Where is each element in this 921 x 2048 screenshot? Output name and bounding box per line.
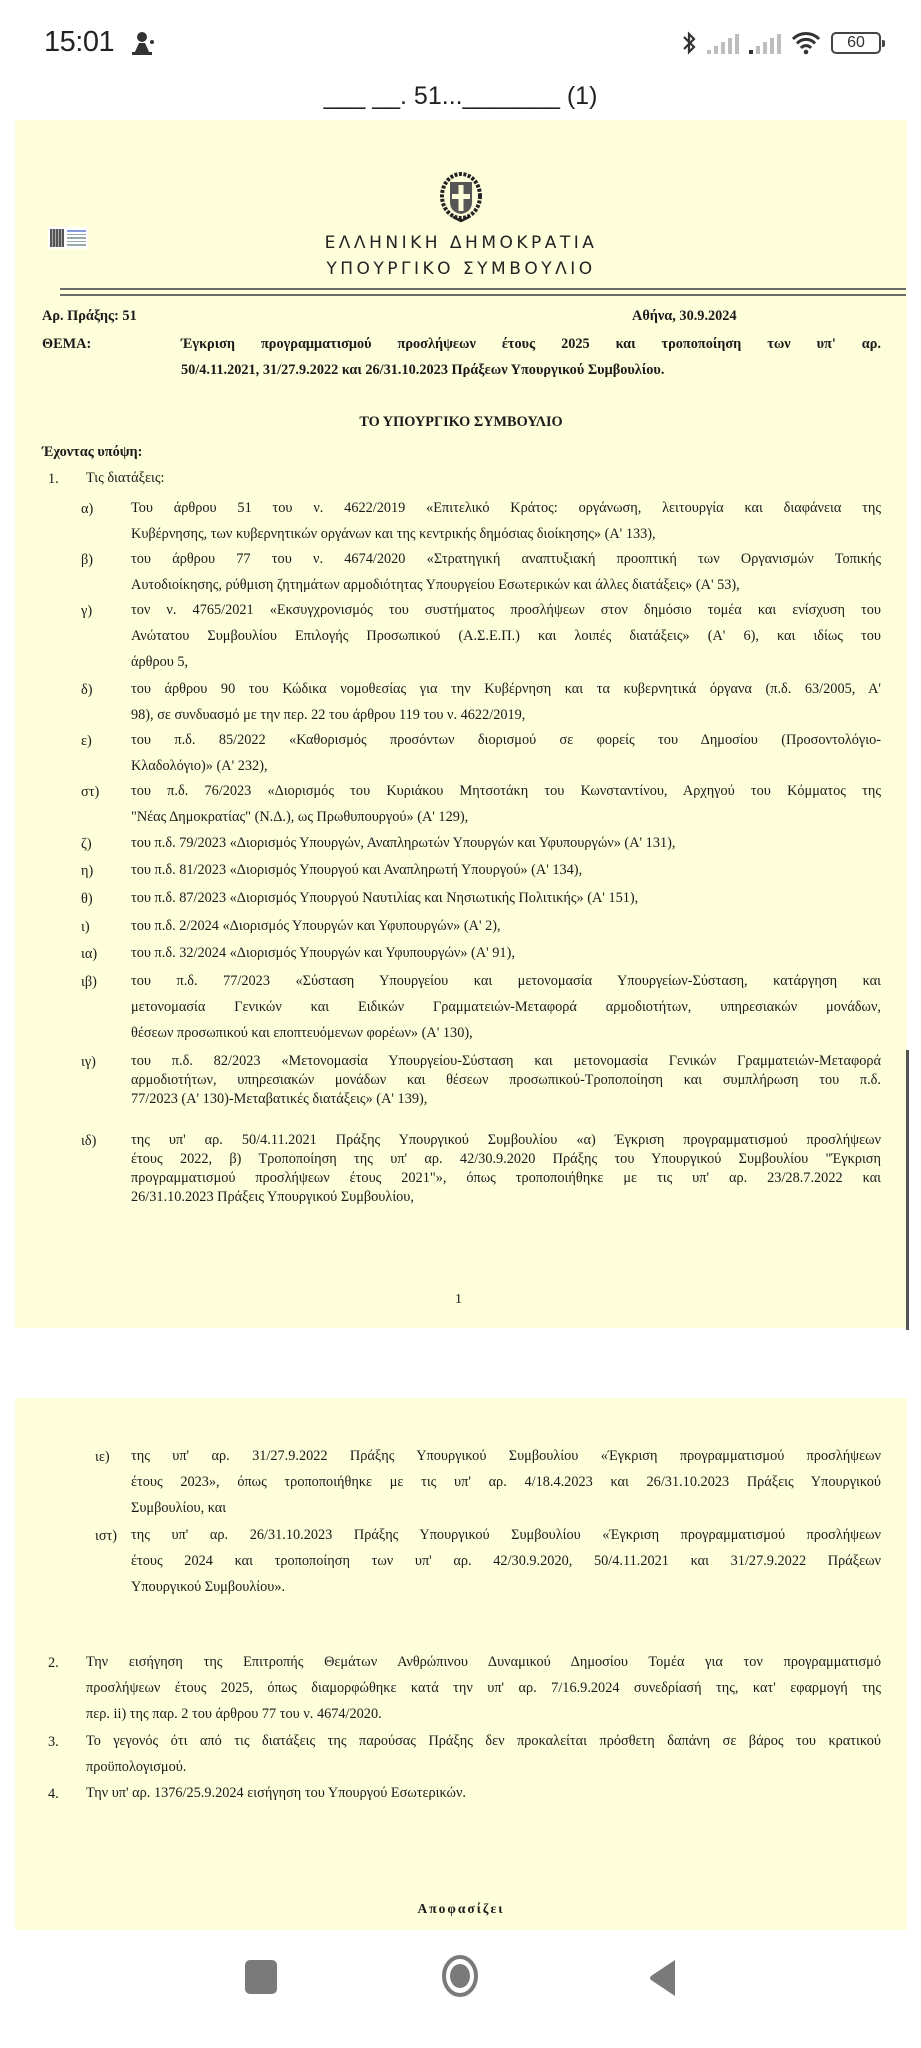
item-number: 1. (48, 471, 59, 488)
list-item-text: της υπ' αρ. 50/4.11.2021 Πράξης Υπουργικ… (131, 1131, 881, 1149)
list-item-label: ζ) (81, 836, 92, 853)
act-number: Αρ. Πράξης: 51 (42, 307, 137, 325)
battery-icon: 60 (831, 32, 881, 54)
list-item-text: "Νέας Δημοκρατίας" (Ν.Δ.), ως Πρωθυπουργ… (131, 808, 468, 826)
signal-sim2-icon (749, 32, 781, 54)
list-item-label: ιστ) (95, 1528, 117, 1545)
list-item-text: τον ν. 4765/2021 «Εκσυγχρονισμός του συσ… (131, 601, 881, 619)
list-item-text: Την εισήγηση της Επιτροπής Θεμάτων Ανθρώ… (86, 1653, 881, 1671)
list-item-text: της υπ' αρ. 31/27.9.2022 Πράξης Υπουργικ… (131, 1447, 881, 1465)
list-item-label: ιβ) (81, 974, 97, 991)
document-title: ___ __. 51..._______ (1) (0, 82, 921, 111)
greek-coat-of-arms-icon (439, 172, 483, 224)
status-bar: 15:01 60 (0, 0, 921, 90)
list-item-label: η) (81, 863, 93, 880)
list-item-text: του άρθρου 90 του Κώδικα νομοθεσίας για … (131, 680, 881, 698)
list-item-label: δ) (81, 682, 93, 699)
considering-label: Έχοντας υπόψη: (42, 443, 142, 461)
list-item-label: ι) (81, 919, 90, 936)
list-item-text: 26/31.10.2023 Πράξεις Υπουργικού Συμβουλ… (131, 1188, 414, 1206)
status-icons: 60 (681, 28, 881, 58)
page-number: 1 (455, 1292, 462, 1308)
list-item-text: του π.δ. 85/2022 «Καθορισμός προσόντων δ… (131, 731, 881, 749)
place-date: Αθήνα, 30.9.2024 (632, 307, 737, 325)
list-item-label: θ) (81, 891, 93, 908)
list-item-label: ε) (81, 733, 92, 750)
list-item-text: του π.δ. 79/2023 «Διορισμός Υπουργών, Αν… (131, 834, 675, 852)
list-item-text: Συμβουλίου, και (131, 1499, 226, 1517)
page-edge-shadow (906, 1050, 909, 1330)
list-item-text: άρθρου 5, (131, 653, 188, 671)
bluetooth-icon (681, 30, 697, 56)
list-item-text: Την υπ' αρ. 1376/25.9.2024 εισήγηση του … (86, 1784, 466, 1802)
signal-sim1-icon (707, 32, 739, 54)
list-item-text: έτους 2023», όπως τροποποιήθηκε με τις υ… (131, 1473, 881, 1491)
list-item-text: Του άρθρου 51 του ν. 4622/2019 «Επιτελικ… (131, 499, 881, 517)
list-item-label: στ) (81, 784, 99, 801)
list-item-text: 77/2023 (Α' 130)-Μεταβατικές διατάξεις» … (131, 1090, 427, 1108)
list-item-text: Κυβέρνησης, των κυβερνητικών οργάνων και… (131, 525, 656, 543)
list-item-text: προσλήψεων έτους 2025, όπως διαμορφώθηκε… (86, 1679, 881, 1697)
list-item-text: Ανώτατου Συμβουλίου Επιλογής Προσωπικού … (131, 627, 881, 645)
list-item-text: προγραμματισμού προσλήψεων έτους 2021"»,… (131, 1169, 881, 1187)
list-item-text: της υπ' αρ. 26/31.10.2023 Πράξης Υπουργι… (131, 1526, 881, 1544)
list-item-text: του π.δ. 81/2023 «Διορισμός Υπουργού και… (131, 861, 582, 879)
list-item-text: 98), σε συνδυασμό με την περ. 22 του άρθ… (131, 706, 525, 724)
document-page-2: ιε)της υπ' αρ. 31/27.9.2022 Πράξης Υπουρ… (15, 1398, 907, 1930)
decides-heading: Αποφασίζει (15, 1900, 907, 1918)
list-item-label: α) (81, 501, 93, 518)
list-item-text: αρμοδιοτήτων, υπηρεσιακών μονάδων και θέ… (131, 1071, 881, 1089)
subject-text-line-2: 50/4.11.2021, 31/27.9.2022 και 26/31.10.… (181, 361, 664, 379)
person-notification-icon (130, 30, 156, 56)
list-item-text: προϋπολογισμού. (86, 1758, 186, 1776)
list-item-text: του π.δ. 87/2023 «Διορισμός Υπουργού Ναυ… (131, 889, 638, 907)
council-heading: ΤΟ ΥΠΟΥΡΓΙΚΟ ΣΥΜΒΟΥΛΙΟ (15, 413, 907, 431)
list-item-label: β) (81, 552, 93, 569)
list-item-label: ιδ) (81, 1133, 96, 1150)
list-item-text: έτους 2022, β) Τροποποίηση της υπ' αρ. 4… (131, 1150, 881, 1168)
list-item-label: ια) (81, 946, 97, 963)
list-item-text: του π.δ. 76/2023 «Διορισμός του Κυριάκου… (131, 782, 881, 800)
header-country: ΕΛΛΗΝΙΚΗ ΔΗΜΟΚΡΑΤΙΑ (15, 233, 907, 253)
back-button[interactable] (647, 1958, 679, 1998)
list-item-label: 4. (48, 1786, 59, 1803)
list-item-text: μετονομασία Γενικών και Ειδικών Γραμματε… (131, 998, 881, 1016)
home-button[interactable] (440, 1953, 480, 1999)
list-item-text: του π.δ. 82/2023 «Μετονομασία Υπουργείου… (131, 1052, 881, 1070)
list-item-text: Κλαδολόγιο)» (Α' 232), (131, 757, 268, 775)
list-item-text: του π.δ. 77/2023 «Σύσταση Υπουργείου και… (131, 972, 881, 990)
list-item-text: του άρθρου 77 του ν. 4674/2020 «Στρατηγι… (131, 550, 881, 568)
list-item-label: ιε) (95, 1449, 110, 1466)
subject-text-line-1: Έγκριση προγραμματισμού προσλήψεων έτους… (181, 335, 881, 353)
header-divider (60, 288, 906, 290)
list-item-text: έτους 2024 και τροποποίηση των υπ' αρ. 4… (131, 1552, 881, 1570)
list-item-text: του π.δ. 2/2024 «Διορισμός Υπουργών και … (131, 917, 501, 935)
status-time: 15:01 (44, 26, 114, 59)
item-text: Τις διατάξεις: (86, 469, 164, 487)
list-item-text: του π.δ. 32/2024 «Διορισμός Υπουργών και… (131, 944, 515, 962)
list-item-text: Αυτοδιοίκησης, ρύθμιση ζητημάτων αρμοδιό… (131, 576, 740, 594)
list-item-label: γ) (81, 603, 92, 620)
document-page-1: ΕΛΛΗΝΙΚΗ ΔΗΜΟΚΡΑΤΙΑ ΥΠΟΥΡΓΙΚΟ ΣΥΜΒΟΥΛΙΟ … (15, 120, 907, 1328)
list-item-text: Το γεγονός ότι από τις διατάξεις της παρ… (86, 1732, 881, 1750)
header-institution: ΥΠΟΥΡΓΙΚΟ ΣΥΜΒΟΥΛΙΟ (15, 259, 907, 279)
list-item-text: περ. ii) της παρ. 2 του άρθρου 77 του ν.… (86, 1705, 382, 1723)
list-item-label: ιγ) (81, 1054, 96, 1071)
list-item-text: Υπουργικού Συμβουλίου». (131, 1578, 285, 1596)
recents-button[interactable] (245, 1960, 277, 1994)
header-divider (60, 294, 906, 296)
wifi-icon (791, 30, 821, 56)
subject-label: ΘΕΜΑ: (42, 335, 91, 353)
list-item-label: 2. (48, 1655, 59, 1672)
list-item-label: 3. (48, 1734, 59, 1751)
list-item-text: θέσεων προσωπικού και εποπτευόμενων φορέ… (131, 1024, 473, 1042)
